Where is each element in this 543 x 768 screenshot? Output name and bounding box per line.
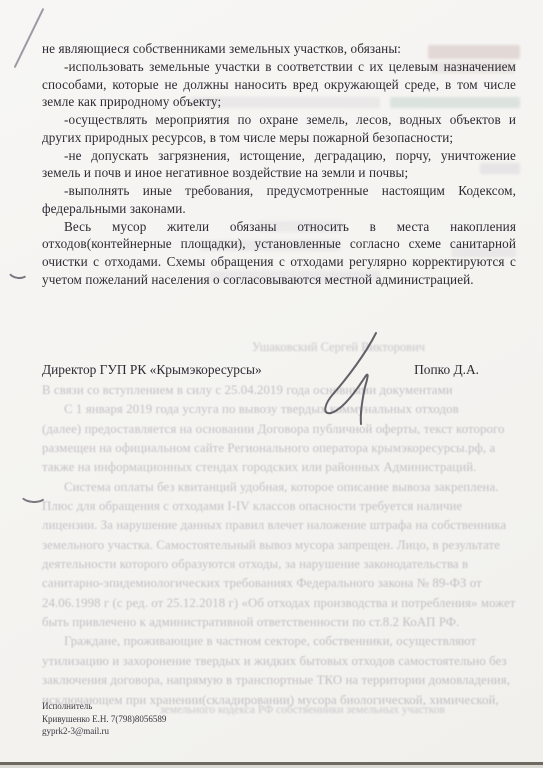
bleedthrough-line: размещен на официальном сайте Региональн… (42, 439, 516, 458)
bleedthrough-footer-line: земельного кодекса РФ собственники земел… (160, 704, 445, 716)
bleedthrough-line: 24.06.1998 г (с ред. от 25.12.2018 г) «О… (42, 594, 516, 613)
paragraph: Весь мусор жители обязаны относить в мес… (42, 218, 516, 289)
handwritten-signature (298, 327, 393, 427)
paragraph: -выполнять иные требования, предусмотрен… (42, 182, 516, 218)
bleedthrough-line: Система оплаты без квитанций удобная, ко… (42, 478, 516, 497)
bleedthrough-line: земельного участка. Самостоятельный выво… (42, 536, 516, 555)
bleedthrough-line: санитарно-эпидемиологических требованиях… (42, 574, 516, 593)
paragraph: не являющиеся собственниками земельных у… (42, 40, 516, 58)
bleedthrough-line: заключения договора, напрямую в транспор… (42, 671, 516, 690)
bleedthrough-line: лицензии. За нарушение данных правил вле… (42, 516, 516, 535)
bleedthrough-text-block: В связи со вступлением в силу с 25.04.20… (42, 381, 516, 710)
signature-row: Директор ГУП РК «Крымэкоресурсы» Попко Д… (42, 362, 479, 378)
bleedthrough-line: утилизацию и захоронение твердых и жидки… (42, 652, 516, 671)
executor-label: Исполнитель (42, 700, 166, 713)
executor-block: Исполнитель Кривушенко Е.Н. 7(798)805658… (42, 700, 166, 738)
bleedthrough-line: Плюс для обращения с отходами I-IV класс… (42, 497, 516, 516)
paragraph: -осуществлять мероприятия по охране земе… (42, 111, 516, 147)
bleedthrough-line: (далее) предоставляется на основании Дог… (42, 420, 516, 439)
letter-body: не являющиеся собственниками земельных у… (42, 40, 516, 289)
paragraph: -не допускать загрязнения, истощение, де… (42, 147, 516, 183)
pen-mark-arc-upper (6, 259, 31, 280)
signatory-title: Директор ГУП РК «Крымэкоресурсы» (42, 362, 262, 378)
signatory-name: Попко Д.А. (414, 362, 479, 378)
bleedthrough-line: быть привлечено к административной ответ… (42, 613, 516, 632)
bleedthrough-line: В связи со вступлением в силу с 25.04.20… (42, 381, 516, 400)
bleedthrough-line: Граждане, проживающие в частном секторе,… (42, 632, 516, 651)
paragraph: -использовать земельные участки в соотве… (42, 58, 516, 111)
executor-contact: Кривушенко Е.Н. 7(798)8056589 (42, 713, 166, 726)
executor-email: gyprk2-3@mail.ru (42, 725, 166, 738)
bleedthrough-line: С 1 января 2019 года услуга по вывозу тв… (42, 400, 516, 419)
bleedthrough-line: также на информационных стендах городски… (42, 458, 516, 477)
scanned-letter-page: Ушаковский Сергей Викторович В связи со … (0, 0, 543, 768)
pen-mark-slash (14, 8, 45, 68)
bleedthrough-line: деятельности которого образуются отходы,… (42, 555, 516, 574)
